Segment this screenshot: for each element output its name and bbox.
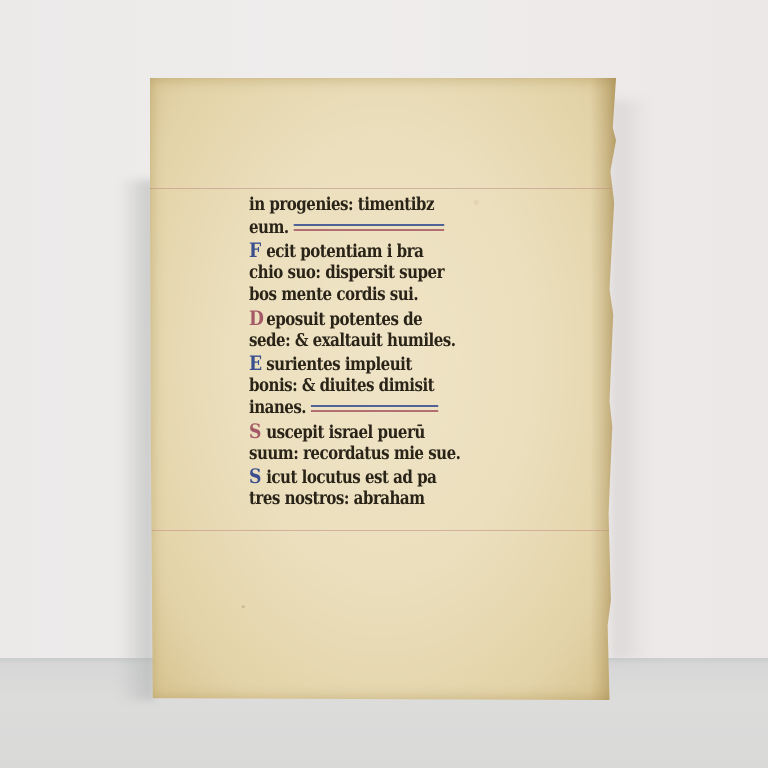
manuscript-line: Esurientes impleuit [249, 352, 464, 375]
manuscript-line: Sicut locutus est ad pa [249, 465, 464, 488]
decorated-initial: E [249, 352, 263, 375]
manuscript-line: bonis: & diuites dimisit [249, 375, 464, 398]
line-text: suum: recordatus mie sue. [249, 444, 460, 464]
decorated-initial: F [249, 239, 263, 262]
manuscript-line: chio suo: dispersit super [249, 262, 464, 285]
manuscript-line: eum. [249, 217, 464, 240]
line-text: surientes impleuit [266, 355, 412, 375]
manuscript-line: inanes. [249, 397, 464, 420]
line-text: in progenies: timentibz [249, 195, 434, 215]
line-text: icut locutus est ad pa [266, 468, 436, 488]
decorated-initial: D [249, 307, 263, 330]
ruling-line-bottom [150, 530, 616, 531]
decorated-initial: S [249, 465, 263, 488]
line-text: uscepit israel puerū [266, 423, 425, 443]
manuscript-line: Deposuit potentes de [249, 307, 464, 330]
leaf-shadow-left [118, 180, 154, 700]
ruling-line-top [150, 188, 616, 189]
manuscript-line: bos mente cordis sui. [249, 284, 464, 307]
manuscript-leaf: in progenies: timentibzeum.Fecit potenti… [150, 78, 616, 700]
line-text: tres nostros: abraham [249, 489, 425, 509]
line-text: eum. [249, 218, 289, 238]
line-text: chio suo: dispersit super [249, 263, 444, 283]
manuscript-line: Fecit potentiam i bra [249, 239, 464, 262]
manuscript-line: tres nostros: abraham [249, 488, 464, 511]
decorated-initial: S [249, 420, 263, 443]
manuscript-line: Suscepit israel puerū [249, 420, 464, 443]
line-filler-decoration [294, 222, 444, 234]
line-text: bos mente cordis sui. [249, 285, 418, 305]
manuscript-line: suum: recordatus mie sue. [249, 443, 464, 466]
manuscript-line: in progenies: timentibz [249, 194, 464, 217]
manuscript-text-block: in progenies: timentibzeum.Fecit potenti… [249, 194, 499, 510]
line-text: ecit potentiam i bra [266, 242, 423, 262]
leaf-shadow-right [612, 100, 652, 660]
line-text: inanes. [249, 398, 306, 418]
line-filler-decoration [311, 403, 438, 415]
line-text: eposuit potentes de [266, 310, 422, 330]
line-text: bonis: & diuites dimisit [249, 376, 434, 396]
manuscript-line: sede: & exaltauit humiles. [249, 330, 464, 353]
line-text: sede: & exaltauit humiles. [249, 331, 455, 351]
